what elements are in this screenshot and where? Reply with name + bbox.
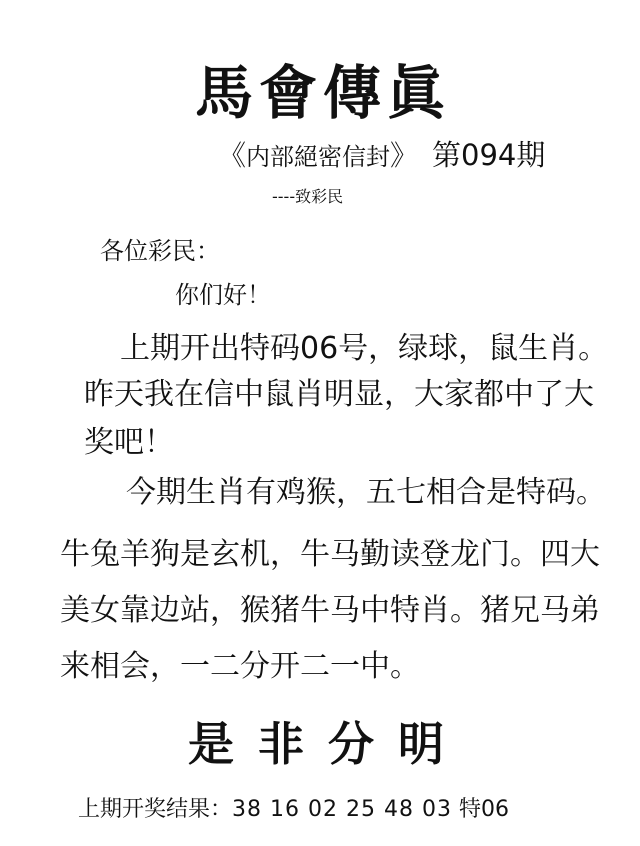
letter-line: 奖吧！ (84, 420, 640, 466)
subtitle-inner: 内部絕密信封 (246, 143, 390, 171)
letter-line: 美女靠边站，猴猪牛马中特肖。猪兄马弟 (60, 588, 630, 634)
issue-number: 第094期 (432, 138, 545, 172)
results-special: 特06 (459, 797, 509, 822)
letter-line: 上期开出特码06号，绿球，鼠生肖。 (120, 326, 640, 372)
results-numbers: 38 16 02 25 48 03 (232, 797, 452, 822)
letter-line: 牛兔羊狗是玄机，牛马勤读登龙门。四大 (60, 532, 630, 578)
subtitle-close-bracket: 》 (390, 139, 418, 172)
page-title: 馬會傳眞 (195, 58, 451, 128)
dedication: ----致彩民 (272, 186, 343, 208)
motto: 是非分明 (188, 712, 468, 776)
hello-line: 你们好！ (175, 278, 271, 312)
results-label: 上期开奖结果： (78, 797, 232, 822)
letter-line: 来相会，一二分开二一中。 (60, 644, 630, 690)
letter-line: 昨天我在信中鼠肖明显，大家都中了大 (84, 372, 640, 418)
subtitle: 《内部絕密信封》第094期 (218, 135, 545, 177)
subtitle-open-bracket: 《 (218, 139, 246, 172)
greeting: 各位彩民： (100, 234, 220, 268)
previous-results: 上期开奖结果：38 16 02 25 48 03 特06 (78, 793, 509, 827)
letter-line: 今期生肖有鸡猴，五七相合是特码。 (126, 470, 640, 516)
